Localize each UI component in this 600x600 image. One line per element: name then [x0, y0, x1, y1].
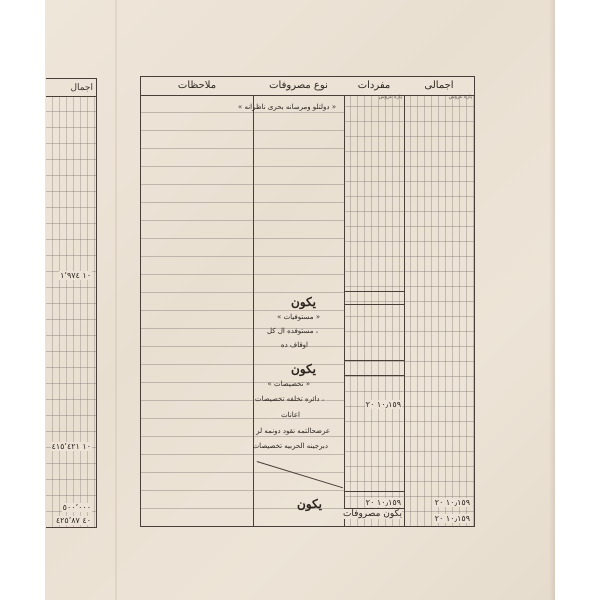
total-header: اجمالىپاره غروش	[404, 77, 474, 96]
subtotal-items-amount: ١٠٫١٥٩ ٢٠	[365, 498, 402, 507]
left-header: اجمال	[46, 79, 96, 97]
subtotal-label: يكون	[297, 497, 322, 511]
items-grid	[344, 95, 404, 526]
notes-column: ملاحظات	[141, 77, 254, 526]
rule	[344, 491, 404, 492]
items-column: مفرداتپاره غروش ١٠٫١٥٩ ٢٠ ١٠٫١٥٩ ٢٠ يكون…	[344, 77, 405, 526]
group1-line: « مستوفيات »	[277, 313, 320, 321]
group1-line: اوقاف ده	[281, 341, 308, 349]
rule	[344, 375, 404, 376]
grand-total-amount: ١٠٫١٥٩ ٢٠	[434, 514, 471, 523]
left-grid	[46, 79, 96, 527]
group1-line: ، مستوفده ال كل	[267, 327, 318, 335]
group2-line: ، دائره تخلفه تخصيصات	[255, 395, 324, 403]
group2-line: عرضحالتمه نقود دونمه لر	[256, 427, 330, 435]
group2-line: « تخصيصات »	[268, 380, 310, 388]
left-value: ٤٠ ٤٢٥٬٨٧	[55, 516, 92, 525]
header-note: « دولتلو ومرسانه بحری ناظرانه »	[238, 103, 336, 111]
subtotal-total-amount: ١٠٫١٥٩ ٢٠	[434, 498, 471, 507]
group2-title: يكون	[291, 362, 316, 376]
total-grid	[404, 95, 474, 526]
paper-fold	[115, 0, 117, 600]
rule	[344, 291, 404, 292]
rule	[344, 304, 404, 305]
left-value: ٥٠٠٬٠٠٠	[62, 503, 92, 512]
type-header: نوع مصروفات	[253, 77, 344, 96]
items-subheader: پاره غروش	[379, 88, 402, 106]
items-header: مفرداتپاره غروش	[344, 77, 404, 96]
group1-title: يكون	[291, 295, 316, 309]
left-partial-table: اجمال ١٠ ١٬٩٧٤ ١٠ ٤١٥٬٤٢١ ٥٠٠٬٠٠٠ ٤٠ ٤٢٥…	[46, 78, 97, 528]
total-subheader: پاره غروش	[449, 88, 472, 106]
grand-total-label: يكون مصروفات	[343, 509, 402, 519]
edge-shadow	[549, 0, 555, 600]
rule	[344, 360, 404, 361]
type-rows	[253, 95, 344, 526]
notes-rows	[141, 95, 253, 526]
type-column: نوع مصروفات « دولتلو ومرسانه بحری ناظران…	[253, 77, 345, 526]
ledger-table: ملاحظات نوع مصروفات « دولتلو ومرسانه بحر…	[140, 76, 475, 527]
left-value: ١٠ ٤١٥٬٤٢١	[51, 442, 92, 451]
group2-amount: ١٠٫١٥٩ ٢٠	[365, 400, 402, 409]
left-value: ١٠ ١٬٩٧٤	[59, 271, 92, 280]
group2-line: اعانات	[281, 411, 300, 419]
group2-line: دبرجينه الحربيه تخصيصات	[253, 442, 328, 450]
total-column: اجمالىپاره غروش ١٠٫١٥٩ ٢٠ ١٠٫١٥٩ ٢٠	[404, 77, 474, 526]
notes-header: ملاحظات	[141, 77, 253, 96]
